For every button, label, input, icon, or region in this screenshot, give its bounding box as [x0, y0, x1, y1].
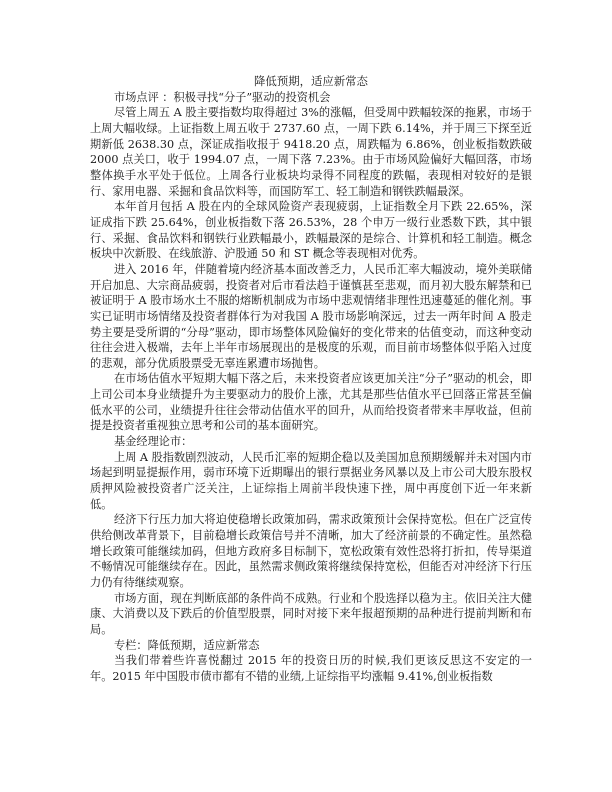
column-heading: 专栏：降低预期，适应新常态 [90, 638, 532, 654]
market-review-heading: 市场点评 ：积极寻找“分子”驱动的投资机会 [90, 90, 532, 106]
paragraph-numerator-driven: 在市场估值水平短期大幅下落之后，未来投资者应该更加关注“分子”驱动的机会，即上司… [90, 371, 532, 434]
paragraph-weekly-market: 尽管上周五 A 股主要指数均取得超过 3%的涨幅，但受周中跌幅较深的拖累，市场于… [90, 105, 532, 199]
paragraph-2016-outlook: 进入 2016 年，伴随着境内经济基本面改善乏力，人民币汇率大幅波动，境外美联储… [90, 262, 532, 372]
fund-manager-heading: 基金经理论市： [90, 434, 532, 450]
paragraph-market-strategy: 市场方面，现在判断底部的条件尚不成熟。行业和个股选择以稳为主。依旧关注大健康、大… [90, 591, 532, 638]
paragraph-economic-policy: 经济下行压力加大将迫使稳增长政策加码，需求政策预计会保持宽松。但在广泛宣传供给侧… [90, 512, 532, 590]
paragraph-column-intro: 当我们带着些许喜悦翻过 2015 年的投资日历的时候,我们更该反思这不安定的一年… [90, 653, 532, 684]
document-title: 降低预期，适应新常态 [90, 74, 532, 90]
paragraph-january-market: 本年首月包括 A 股在内的全球风险资产表现疲弱，上证指数全月下跌 22.65%，… [90, 199, 532, 262]
document-page: 降低预期，适应新常态 市场点评 ：积极寻找“分子”驱动的投资机会 尽管上周五 A… [90, 74, 532, 685]
paragraph-index-volatility: 上周 A 股指数剧烈波动，人民币汇率的短期企稳以及美国加息预期缓解并未对国内市场… [90, 450, 532, 513]
